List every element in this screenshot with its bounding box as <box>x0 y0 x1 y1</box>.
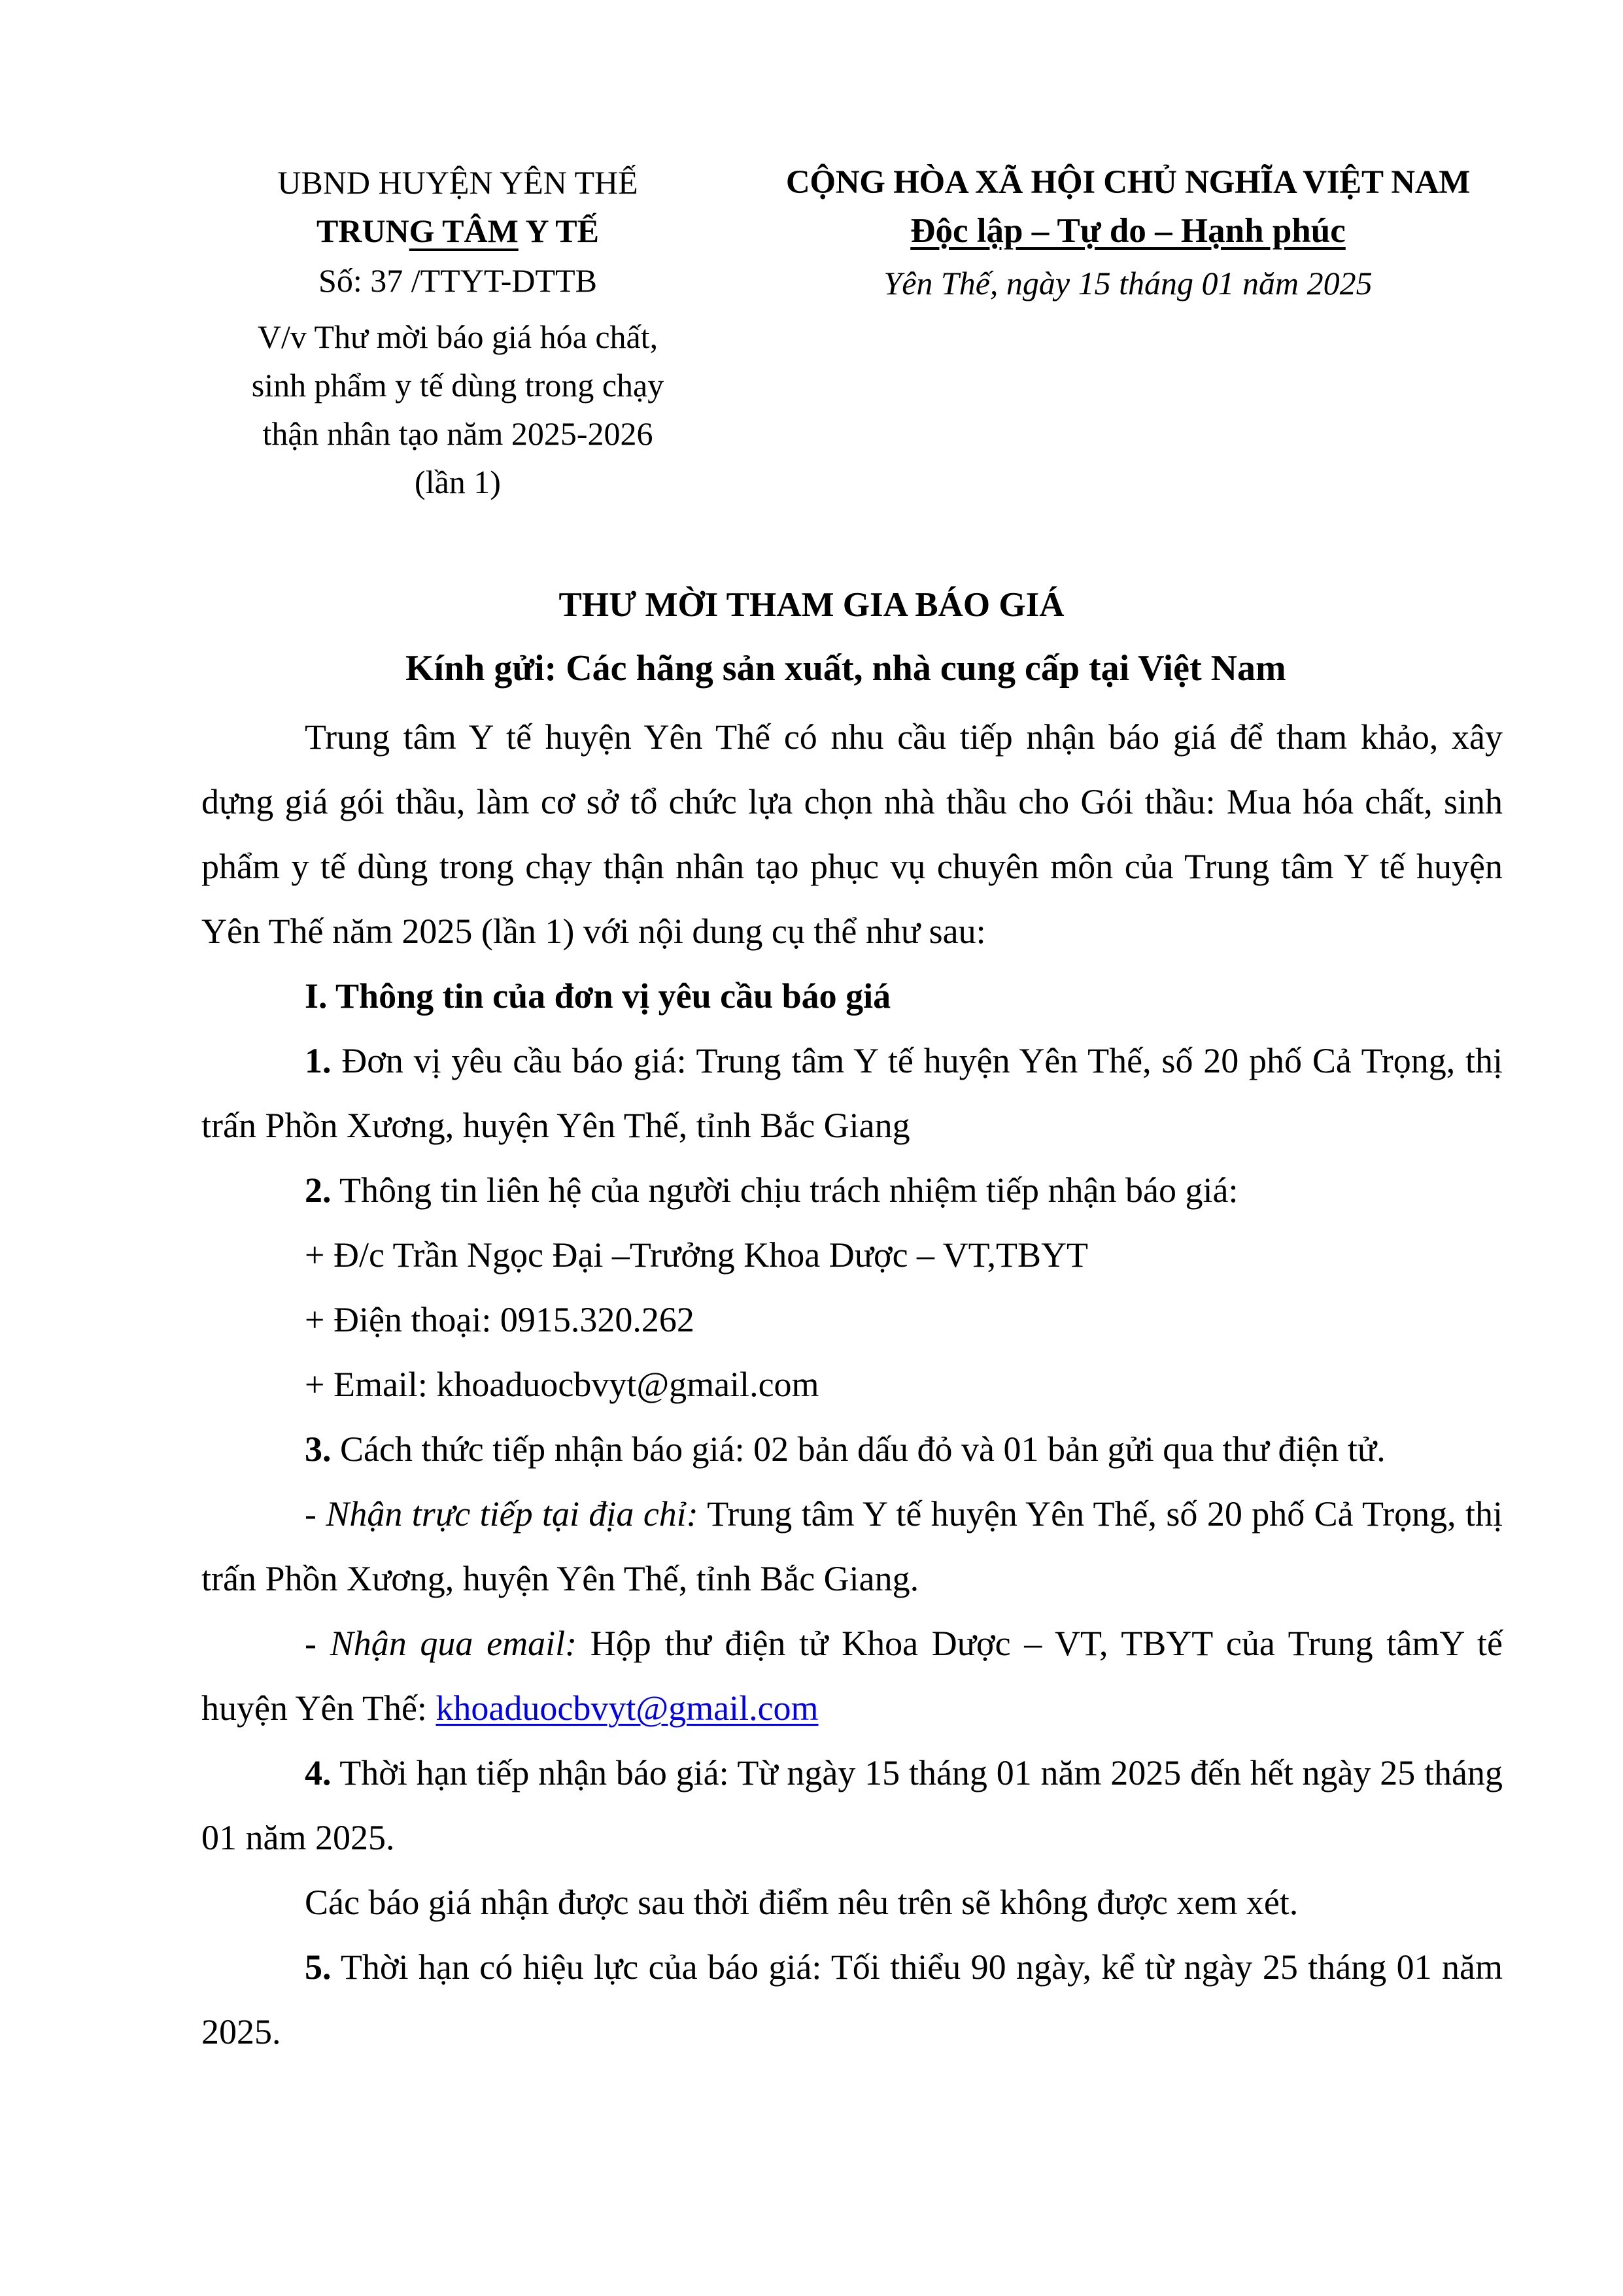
late-note: Các báo giá nhận được sau thời điểm nêu … <box>201 1870 1503 1935</box>
subject-line: V/v Thư mời báo giá hóa chất, <box>196 313 719 361</box>
item-3: 3. Cách thức tiếp nhận báo giá: 02 bản d… <box>201 1417 1503 1482</box>
document-number: Số: 37 /TTYT-DTTB <box>196 256 719 305</box>
national-motto: Độc lập – Tự do – Hạnh phúc <box>910 207 1346 255</box>
agency-name: TRUNG TÂM Y TẾ <box>196 207 719 255</box>
document-title: THƯ MỜI THAM GIA BÁO GIÁ <box>0 581 1623 629</box>
subject-line: thận nhân tạo năm 2025-2026 <box>196 409 719 458</box>
recipient-line: Kính gửi: Các hãng sản xuất, nhà cung cấ… <box>405 644 1426 693</box>
item-2: 2. Thông tin liên hệ của người chịu trác… <box>201 1158 1503 1223</box>
national-title: CỘNG HÒA XÃ HỘI CHỦ NGHĨA VIỆT NAM <box>719 158 1537 207</box>
document-subject: V/v Thư mời báo giá hóa chất, sinh phẩm … <box>196 313 719 506</box>
document-body: Trung tâm Y tế huyện Yên Thế có nhu cầu … <box>201 705 1503 2065</box>
item-4: 4. Thời hạn tiếp nhận báo giá: Từ ngày 1… <box>201 1741 1503 1870</box>
item-1: 1. Đơn vị yêu cầu báo giá: Trung tâm Y t… <box>201 1029 1503 1158</box>
section-heading: I. Thông tin của đơn vị yêu cầu báo giá <box>201 964 1503 1029</box>
item-5: 5. Thời hạn có hiệu lực của báo giá: Tối… <box>201 1935 1503 2065</box>
subject-line: sinh phẩm y tế dùng trong chạy <box>196 361 719 409</box>
subject-line: (lần 1) <box>196 458 719 506</box>
email-delivery: - Nhận qua email: Hộp thư điện tử Khoa D… <box>201 1611 1503 1741</box>
parent-agency: UBND HUYỆN YÊN THẾ <box>196 158 719 207</box>
national-header-block: CỘNG HÒA XÃ HỘI CHỦ NGHĨA VIỆT NAM Độc l… <box>719 158 1537 307</box>
contact-email: + Email: khoaduocbvyt@gmail.com <box>201 1352 1503 1417</box>
issuing-agency-block: UBND HUYỆN YÊN THẾ TRUNG TÂM Y TẾ Số: 37… <box>196 158 719 506</box>
intro-paragraph: Trung tâm Y tế huyện Yên Thế có nhu cầu … <box>201 705 1503 964</box>
contact-phone: + Điện thoại: 0915.320.262 <box>201 1288 1503 1352</box>
contact-person: + Đ/c Trần Ngọc Đại –Trưởng Khoa Dược – … <box>201 1223 1503 1288</box>
direct-delivery: - Nhận trực tiếp tại địa chỉ: Trung tâm … <box>201 1482 1503 1611</box>
email-link[interactable]: khoaduocbvyt@gmail.com <box>436 1688 818 1728</box>
document-page: UBND HUYỆN YÊN THẾ TRUNG TÂM Y TẾ Số: 37… <box>0 0 1623 2296</box>
place-date: Yên Thế, ngày 15 tháng 01 năm 2025 <box>719 259 1537 307</box>
